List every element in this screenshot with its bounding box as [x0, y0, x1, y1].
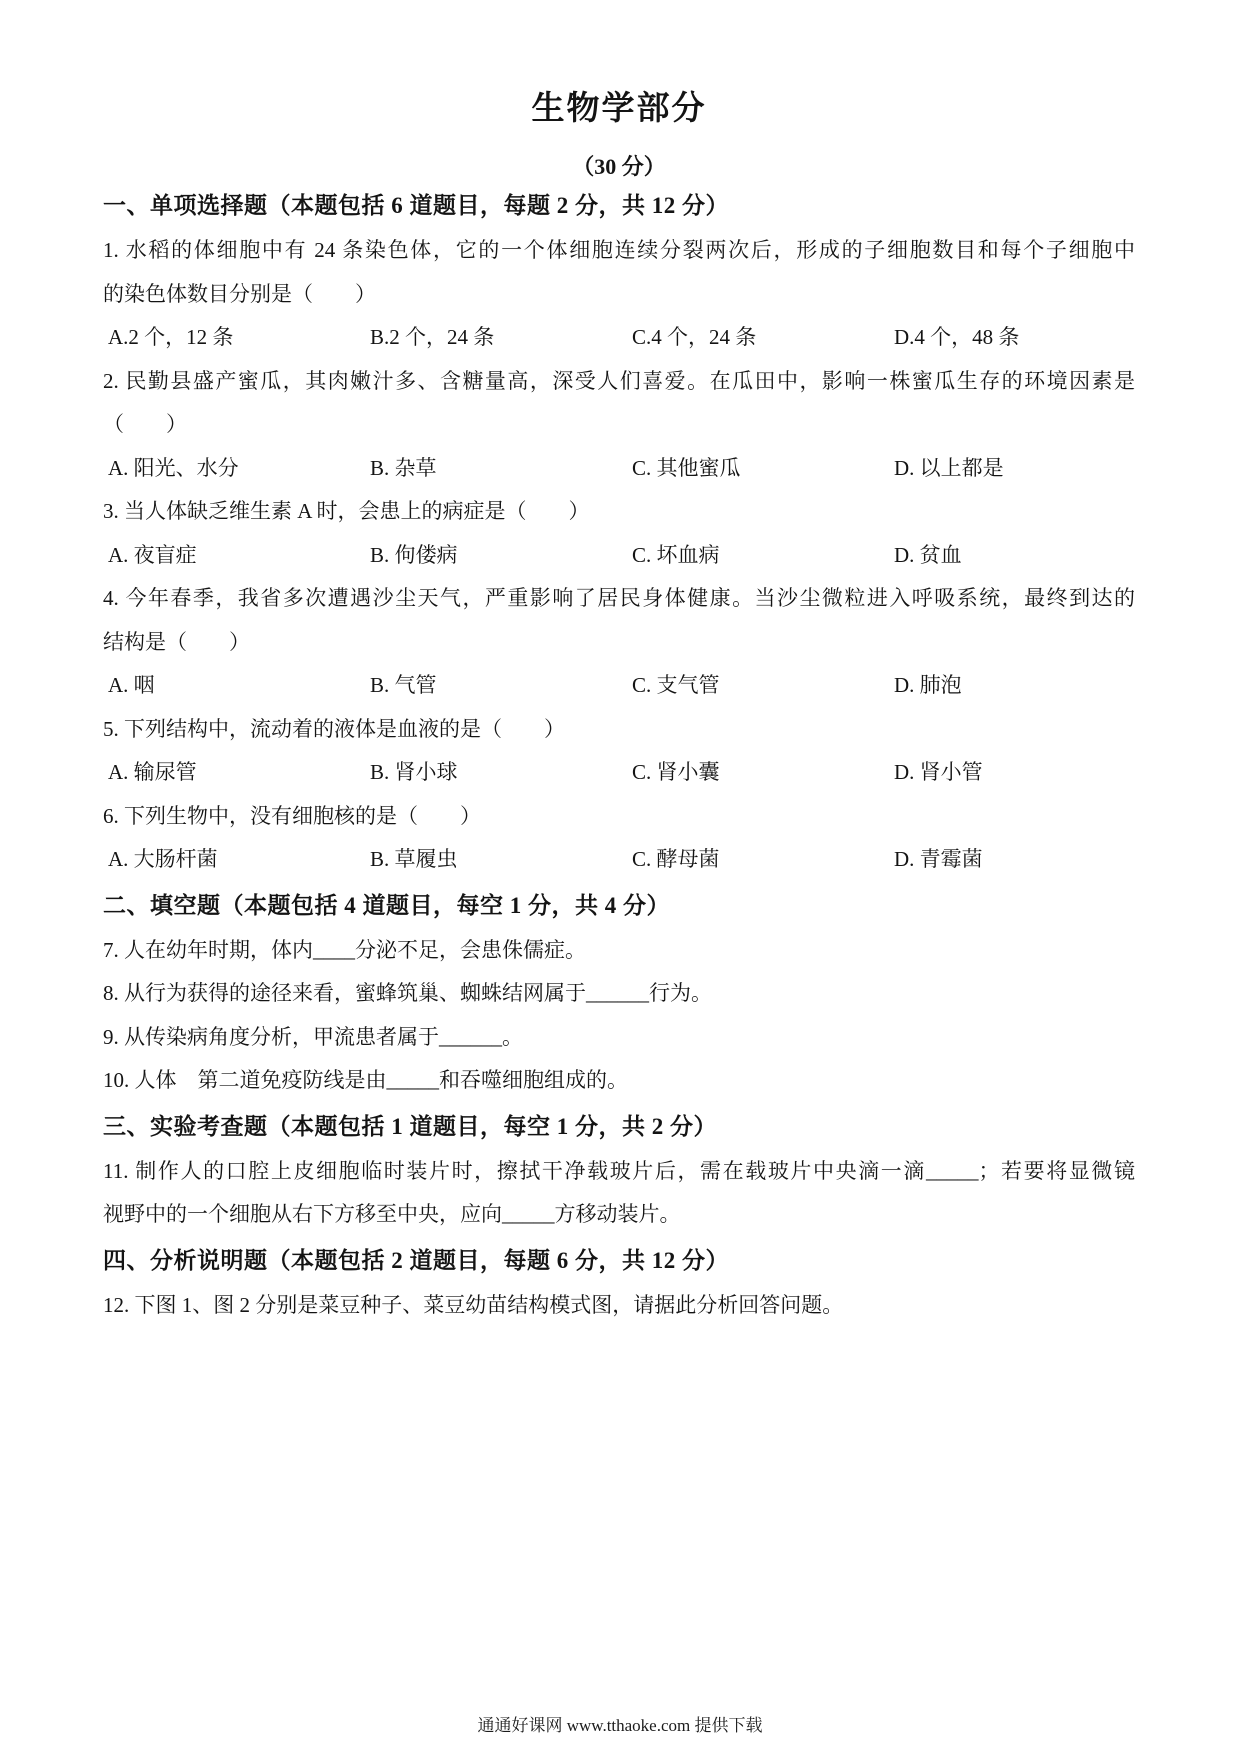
question-4-line-1: 4. 今年春季，我省多次遭遇沙尘天气，严重影响了居民身体健康。当沙尘微粒进入呼吸… — [103, 577, 1135, 621]
question-3-option-a: A. 夜盲症 — [108, 534, 370, 578]
question-6-line-1: 6. 下列生物中，没有细胞核的是（ ） — [103, 795, 1135, 839]
question-4-option-c: C. 支气管 — [632, 664, 894, 708]
question-1-options: A.2 个，12 条 B.2 个，24 条 C.4 个，24 条 D.4 个，4… — [103, 316, 1135, 360]
section-heading-1: 一、单项选择题（本题包括 6 道题目，每题 2 分，共 12 分） — [103, 190, 1135, 222]
question-5-option-d: D. 肾小管 — [894, 751, 1135, 795]
question-2-line-1: 2. 民勤县盛产蜜瓜，其肉嫩汁多、含糖量高，深受人们喜爱。在瓜田中，影响一株蜜瓜… — [103, 360, 1135, 404]
question-8-line-1: 8. 从行为获得的途径来看，蜜蜂筑巢、蜘蛛结网属于______行为。 — [103, 972, 1135, 1016]
question-2-option-d: D. 以上都是 — [894, 447, 1135, 491]
question-12-line-1: 12. 下图 1、图 2 分别是菜豆种子、菜豆幼苗结构模式图，请据此分析回答问题… — [103, 1284, 1135, 1328]
question-7-line-1: 7. 人在幼年时期，体内____分泌不足，会患侏儒症。 — [103, 929, 1135, 973]
question-9-line-1: 9. 从传染病角度分析，甲流患者属于______。 — [103, 1016, 1135, 1060]
question-5-option-b: B. 肾小球 — [370, 751, 632, 795]
question-11-line-1: 11. 制作人的口腔上皮细胞临时装片时，擦拭干净载玻片后，需在载玻片中央滴一滴_… — [103, 1150, 1135, 1194]
question-6-option-c: C. 酵母菌 — [632, 838, 894, 882]
question-6-option-d: D. 青霉菌 — [894, 838, 1135, 882]
question-1-option-c: C.4 个，24 条 — [632, 316, 894, 360]
exam-content: 生物学部分 （30 分） 一、单项选择题（本题包括 6 道题目，每题 2 分，共… — [0, 0, 1240, 1327]
question-5-options: A. 输尿管 B. 肾小球 C. 肾小囊 D. 肾小管 — [103, 751, 1135, 795]
question-4-options: A. 咽 B. 气管 C. 支气管 D. 肺泡 — [103, 664, 1135, 708]
question-4-line-2: 结构是（ ） — [103, 621, 1135, 665]
question-4-option-b: B. 气管 — [370, 664, 632, 708]
section-heading-4: 四、分析说明题（本题包括 2 道题目，每题 6 分，共 12 分） — [103, 1245, 1135, 1277]
question-10-line-1: 10. 人体 第二道免疫防线是由_____和吞噬细胞组成的。 — [103, 1059, 1135, 1103]
question-1-option-a: A.2 个，12 条 — [108, 316, 370, 360]
footer-text: 通通好课网 www.tthaoke.com 提供下载 — [0, 1714, 1240, 1738]
question-3-line-1: 3. 当人体缺乏维生素 A 时，会患上的病症是（ ） — [103, 490, 1135, 534]
question-6-option-a: A. 大肠杆菌 — [108, 838, 370, 882]
page-title: 生物学部分 — [103, 88, 1135, 130]
question-1-option-d: D.4 个，48 条 — [894, 316, 1135, 360]
question-3-option-b: B. 佝偻病 — [370, 534, 632, 578]
question-4-option-d: D. 肺泡 — [894, 664, 1135, 708]
page-subtitle: （30 分） — [103, 152, 1135, 182]
question-5-option-a: A. 输尿管 — [108, 751, 370, 795]
question-11-line-2: 视野中的一个细胞从右下方移至中央，应向_____方移动装片。 — [103, 1193, 1135, 1237]
question-1-line-2: 的染色体数目分别是（ ） — [103, 273, 1135, 317]
section-heading-2: 二、填空题（本题包括 4 道题目，每空 1 分，共 4 分） — [103, 890, 1135, 922]
question-2-option-b: B. 杂草 — [370, 447, 632, 491]
section-heading-3: 三、实验考查题（本题包括 1 道题目，每空 1 分，共 2 分） — [103, 1111, 1135, 1143]
question-2-options: A. 阳光、水分 B. 杂草 C. 其他蜜瓜 D. 以上都是 — [103, 447, 1135, 491]
question-3-option-d: D. 贫血 — [894, 534, 1135, 578]
question-2-option-a: A. 阳光、水分 — [108, 447, 370, 491]
question-6-option-b: B. 草履虫 — [370, 838, 632, 882]
question-6-options: A. 大肠杆菌 B. 草履虫 C. 酵母菌 D. 青霉菌 — [103, 838, 1135, 882]
question-5-option-c: C. 肾小囊 — [632, 751, 894, 795]
question-2-option-c: C. 其他蜜瓜 — [632, 447, 894, 491]
question-3-options: A. 夜盲症 B. 佝偻病 C. 坏血病 D. 贫血 — [103, 534, 1135, 578]
exam-page: 生物学部分 （30 分） 一、单项选择题（本题包括 6 道题目，每题 2 分，共… — [0, 0, 1240, 1754]
question-5-line-1: 5. 下列结构中，流动着的液体是血液的是（ ） — [103, 708, 1135, 752]
question-4-option-a: A. 咽 — [108, 664, 370, 708]
question-1-line-1: 1. 水稻的体细胞中有 24 条染色体，它的一个体细胞连续分裂两次后，形成的子细… — [103, 229, 1135, 273]
question-2-line-2: （ ） — [103, 403, 1135, 447]
question-1-option-b: B.2 个，24 条 — [370, 316, 632, 360]
question-3-option-c: C. 坏血病 — [632, 534, 894, 578]
